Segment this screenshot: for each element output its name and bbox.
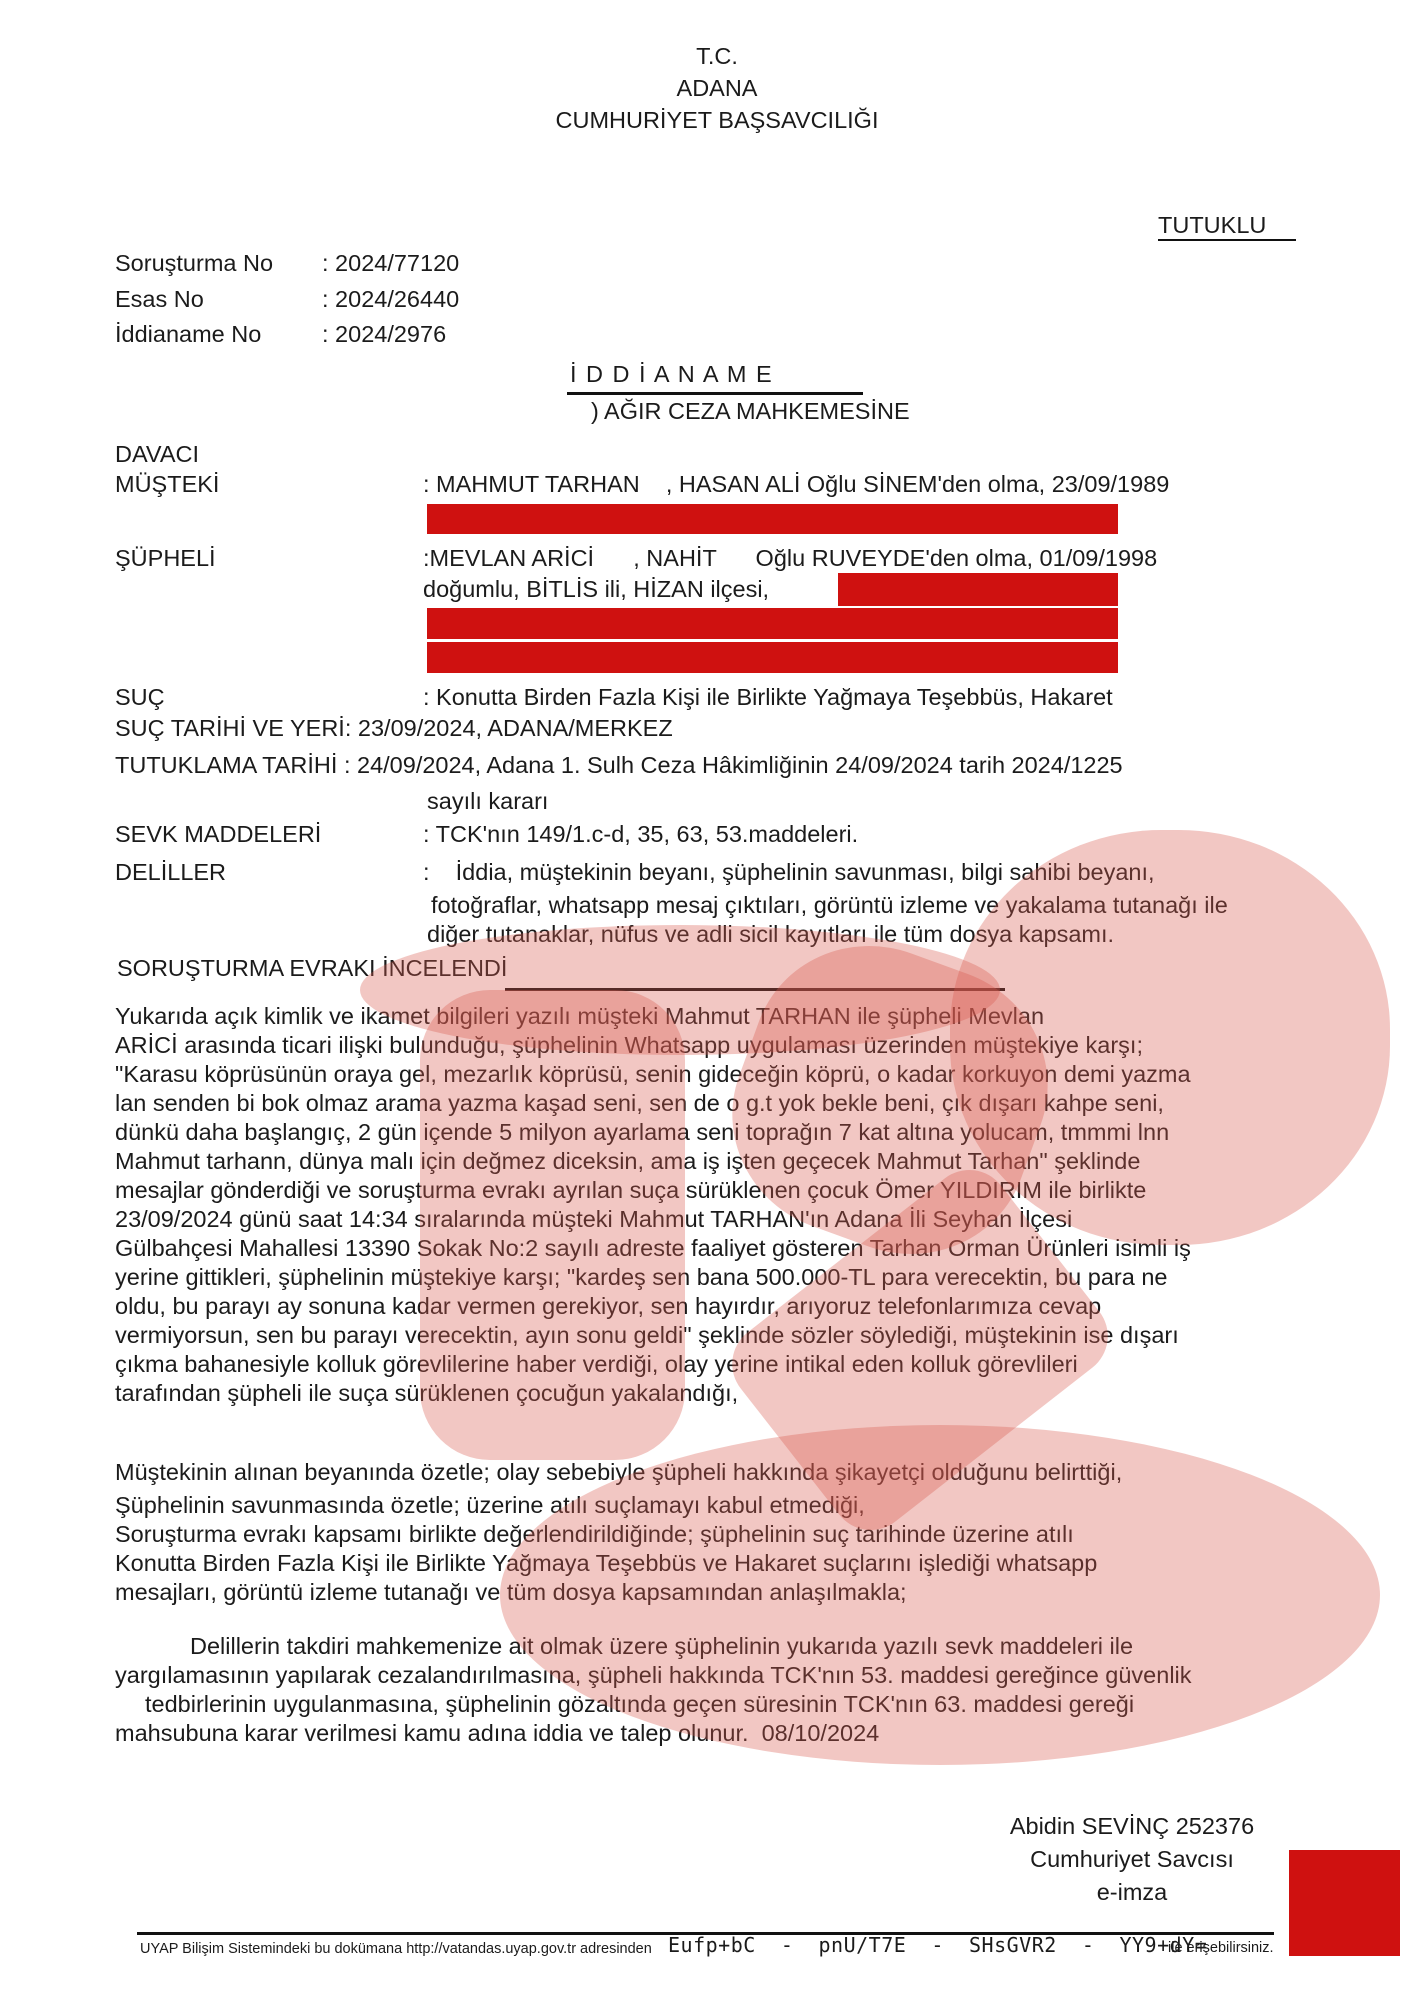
investigation-heading: SORUŞTURMA EVRAKI İNCELENDİ	[117, 955, 507, 982]
indictment-number-row: İddianame No : 2024/2976	[115, 317, 459, 353]
detention-status-label: TUTUKLU	[1158, 212, 1296, 241]
republic-abbreviation: T.C.	[20, 40, 1414, 72]
investigation-number-row: Soruşturma No : 2024/77120	[115, 246, 459, 282]
referral-articles-value: : TCK'nın 149/1.c-d, 35, 63, 53.maddeler…	[423, 821, 858, 848]
signature-block: Abidin SEVİNÇ 252376 Cumhuriyet Savcısı …	[962, 1810, 1302, 1909]
suspect-value-line2: doğumlu, BİTLİS ili, HİZAN ilçesi,	[423, 576, 769, 603]
body-text-line: ARİCİ arasında ticari ilişki bulunduğu, …	[115, 1031, 1191, 1060]
prosecutor-office-name: CUMHURİYET BAŞSAVCILIĞI	[20, 104, 1414, 136]
arrest-date-value-line2: sayılı kararı	[427, 788, 548, 815]
evidence-value-line2: fotoğraflar, whatsapp mesaj çıktıları, g…	[431, 892, 1228, 919]
court-address-line: ) AĞIR CEZA MAHKEMESİNE	[591, 398, 910, 425]
crime-label: SUÇ	[115, 684, 165, 711]
body-text-line: oldu, bu parayı ay sonuna kadar vermen g…	[115, 1292, 1191, 1321]
body-paragraph-1: Yukarıda açık kimlik ve ikamet bilgileri…	[115, 1002, 1191, 1408]
redaction-bar-complainant	[427, 504, 1118, 534]
prosecutor-name: Abidin SEVİNÇ 252376	[962, 1810, 1302, 1843]
document-header: T.C. ADANA CUMHURİYET BAŞSAVCILIĞI	[20, 40, 1414, 136]
indictment-number-label: İddianame No	[115, 317, 322, 353]
city-name: ADANA	[20, 72, 1414, 104]
case-numbers-block: Soruşturma No : 2024/77120 Esas No : 202…	[115, 246, 459, 353]
crime-date-place-row: SUÇ TARİHİ VE YERİ: 23/09/2024, ADANA/ME…	[115, 715, 673, 742]
body-text-line: vermiyorsun, sen bu parayı verecektin, a…	[115, 1321, 1191, 1350]
referral-articles-label: SEVK MADDELERİ	[115, 821, 321, 848]
indictment-document: T.C. ADANA CUMHURİYET BAŞSAVCILIĞI TUTUK…	[0, 0, 1414, 2000]
body-text-line: yerine gittikleri, şüphelinin müştekiye …	[115, 1263, 1191, 1292]
evidence-value-line3: diğer tutanaklar, nüfus ve adli sicil ka…	[427, 921, 1114, 948]
evidence-label: DELİLLER	[115, 859, 226, 886]
docket-number-label: Esas No	[115, 282, 322, 318]
docket-number-value: : 2024/26440	[322, 282, 459, 318]
body-text-line: Soruşturma evrakı kapsamı birlikte değer…	[115, 1520, 1097, 1549]
investigation-number-label: Soruşturma No	[115, 246, 322, 282]
suspect-value-line1: :MEVLAN ARİCİ , NAHİT Oğlu RUVEYDE'den o…	[423, 545, 1157, 572]
arrest-date-value: : 24/09/2024, Adana 1. Sulh Ceza Hâkimli…	[344, 752, 1123, 778]
body-text-line: 23/09/2024 günü saat 14:34 sıralarında m…	[115, 1205, 1191, 1234]
plaintiff-label: DAVACI	[115, 441, 199, 468]
arrest-date-label: TUTUKLAMA TARİHİ	[115, 752, 344, 778]
body-text-line: tedbirlerinin uygulanmasına, şüphelinin …	[115, 1690, 1192, 1719]
body-text-line: Mahmut tarhann, dünya malı için değmez d…	[115, 1147, 1191, 1176]
investigation-number-value: : 2024/77120	[322, 246, 459, 282]
body-text-line: dünkü daha başlangıç, 2 gün içende 5 mil…	[115, 1118, 1191, 1147]
footer-verification-code: Eufp+bC - pnU/T7E - SHsGVR2 - YY9+dY=	[668, 1933, 1207, 1957]
body-paragraph-2: Müştekinin alınan beyanında özetle; olay…	[115, 1458, 1122, 1487]
complainant-value: : MAHMUT TARHAN , HASAN ALİ Oğlu SİNEM'd…	[423, 471, 1169, 498]
body-text-line: Yukarıda açık kimlik ve ikamet bilgileri…	[115, 1002, 1191, 1031]
red-stamp-box	[1289, 1850, 1400, 1956]
body-text-line: mesajlar gönderdiği ve soruşturma evrakı…	[115, 1176, 1191, 1205]
body-text-line: Delillerin takdiri mahkemenize ait olmak…	[115, 1632, 1192, 1661]
prosecutor-title: Cumhuriyet Savcısı	[962, 1843, 1302, 1876]
redaction-bar-suspect-1	[427, 608, 1118, 639]
title-underline	[567, 392, 863, 395]
docket-number-row: Esas No : 2024/26440	[115, 282, 459, 318]
evidence-value-line1: : İddia, müştekinin beyanı, şüphelinin s…	[423, 859, 1155, 886]
redaction-bar-suspect-2	[427, 642, 1118, 673]
indictment-number-value: : 2024/2976	[322, 317, 446, 353]
complainant-label: MÜŞTEKİ	[115, 471, 219, 498]
footer-uyap-text: UYAP Bilişim Sistemindeki bu dokümana ht…	[140, 1941, 652, 1957]
suspect-label: ŞÜPHELİ	[115, 545, 216, 572]
redaction-bar-suspect-inline	[838, 573, 1118, 606]
crime-value: : Konutta Birden Fazla Kişi ile Birlikte…	[423, 684, 1113, 711]
arrest-date-row: TUTUKLAMA TARİHİ : 24/09/2024, Adana 1. …	[115, 752, 1123, 779]
e-signature-label: e-imza	[962, 1876, 1302, 1909]
crime-date-place-label: SUÇ TARİHİ VE YERİ	[115, 715, 345, 741]
body-text-line: mesajları, görüntü izleme tutanağı ve tü…	[115, 1578, 1097, 1607]
body-text-line: Gülbahçesi Mahallesi 13390 Sokak No:2 sa…	[115, 1234, 1191, 1263]
body-text-line: "Karasu köprüsünün oraya gel, mezarlık k…	[115, 1060, 1191, 1089]
body-text-line: mahsubuna karar verilmesi kamu adına idd…	[115, 1719, 1192, 1748]
body-paragraph-5: Delillerin takdiri mahkemenize ait olmak…	[115, 1632, 1192, 1748]
footer-access-text: ile erişebilirsiniz.	[1168, 1940, 1274, 1956]
crime-date-place-value: : 23/09/2024, ADANA/MERKEZ	[345, 715, 673, 741]
body-text-line: yargılamasının yapılarak cezalandırılmas…	[115, 1661, 1192, 1690]
body-paragraph-4: Soruşturma evrakı kapsamı birlikte değer…	[115, 1520, 1097, 1607]
body-text-line: tarafından şüpheli ile suça sürüklenen ç…	[115, 1379, 1191, 1408]
body-text-line: çıkma bahanesiyle kolluk görevlilerine h…	[115, 1350, 1191, 1379]
body-paragraph-3: Şüphelinin savunmasında özetle; üzerine …	[115, 1491, 865, 1520]
indictment-title: İ D D İ A N A M E	[570, 361, 773, 388]
body-text-line: Konutta Birden Fazla Kişi ile Birlikte Y…	[115, 1549, 1097, 1578]
body-text-line: lan senden bi bok olmaz arama yazma kaşa…	[115, 1089, 1191, 1118]
investigation-heading-underline	[505, 988, 1005, 991]
